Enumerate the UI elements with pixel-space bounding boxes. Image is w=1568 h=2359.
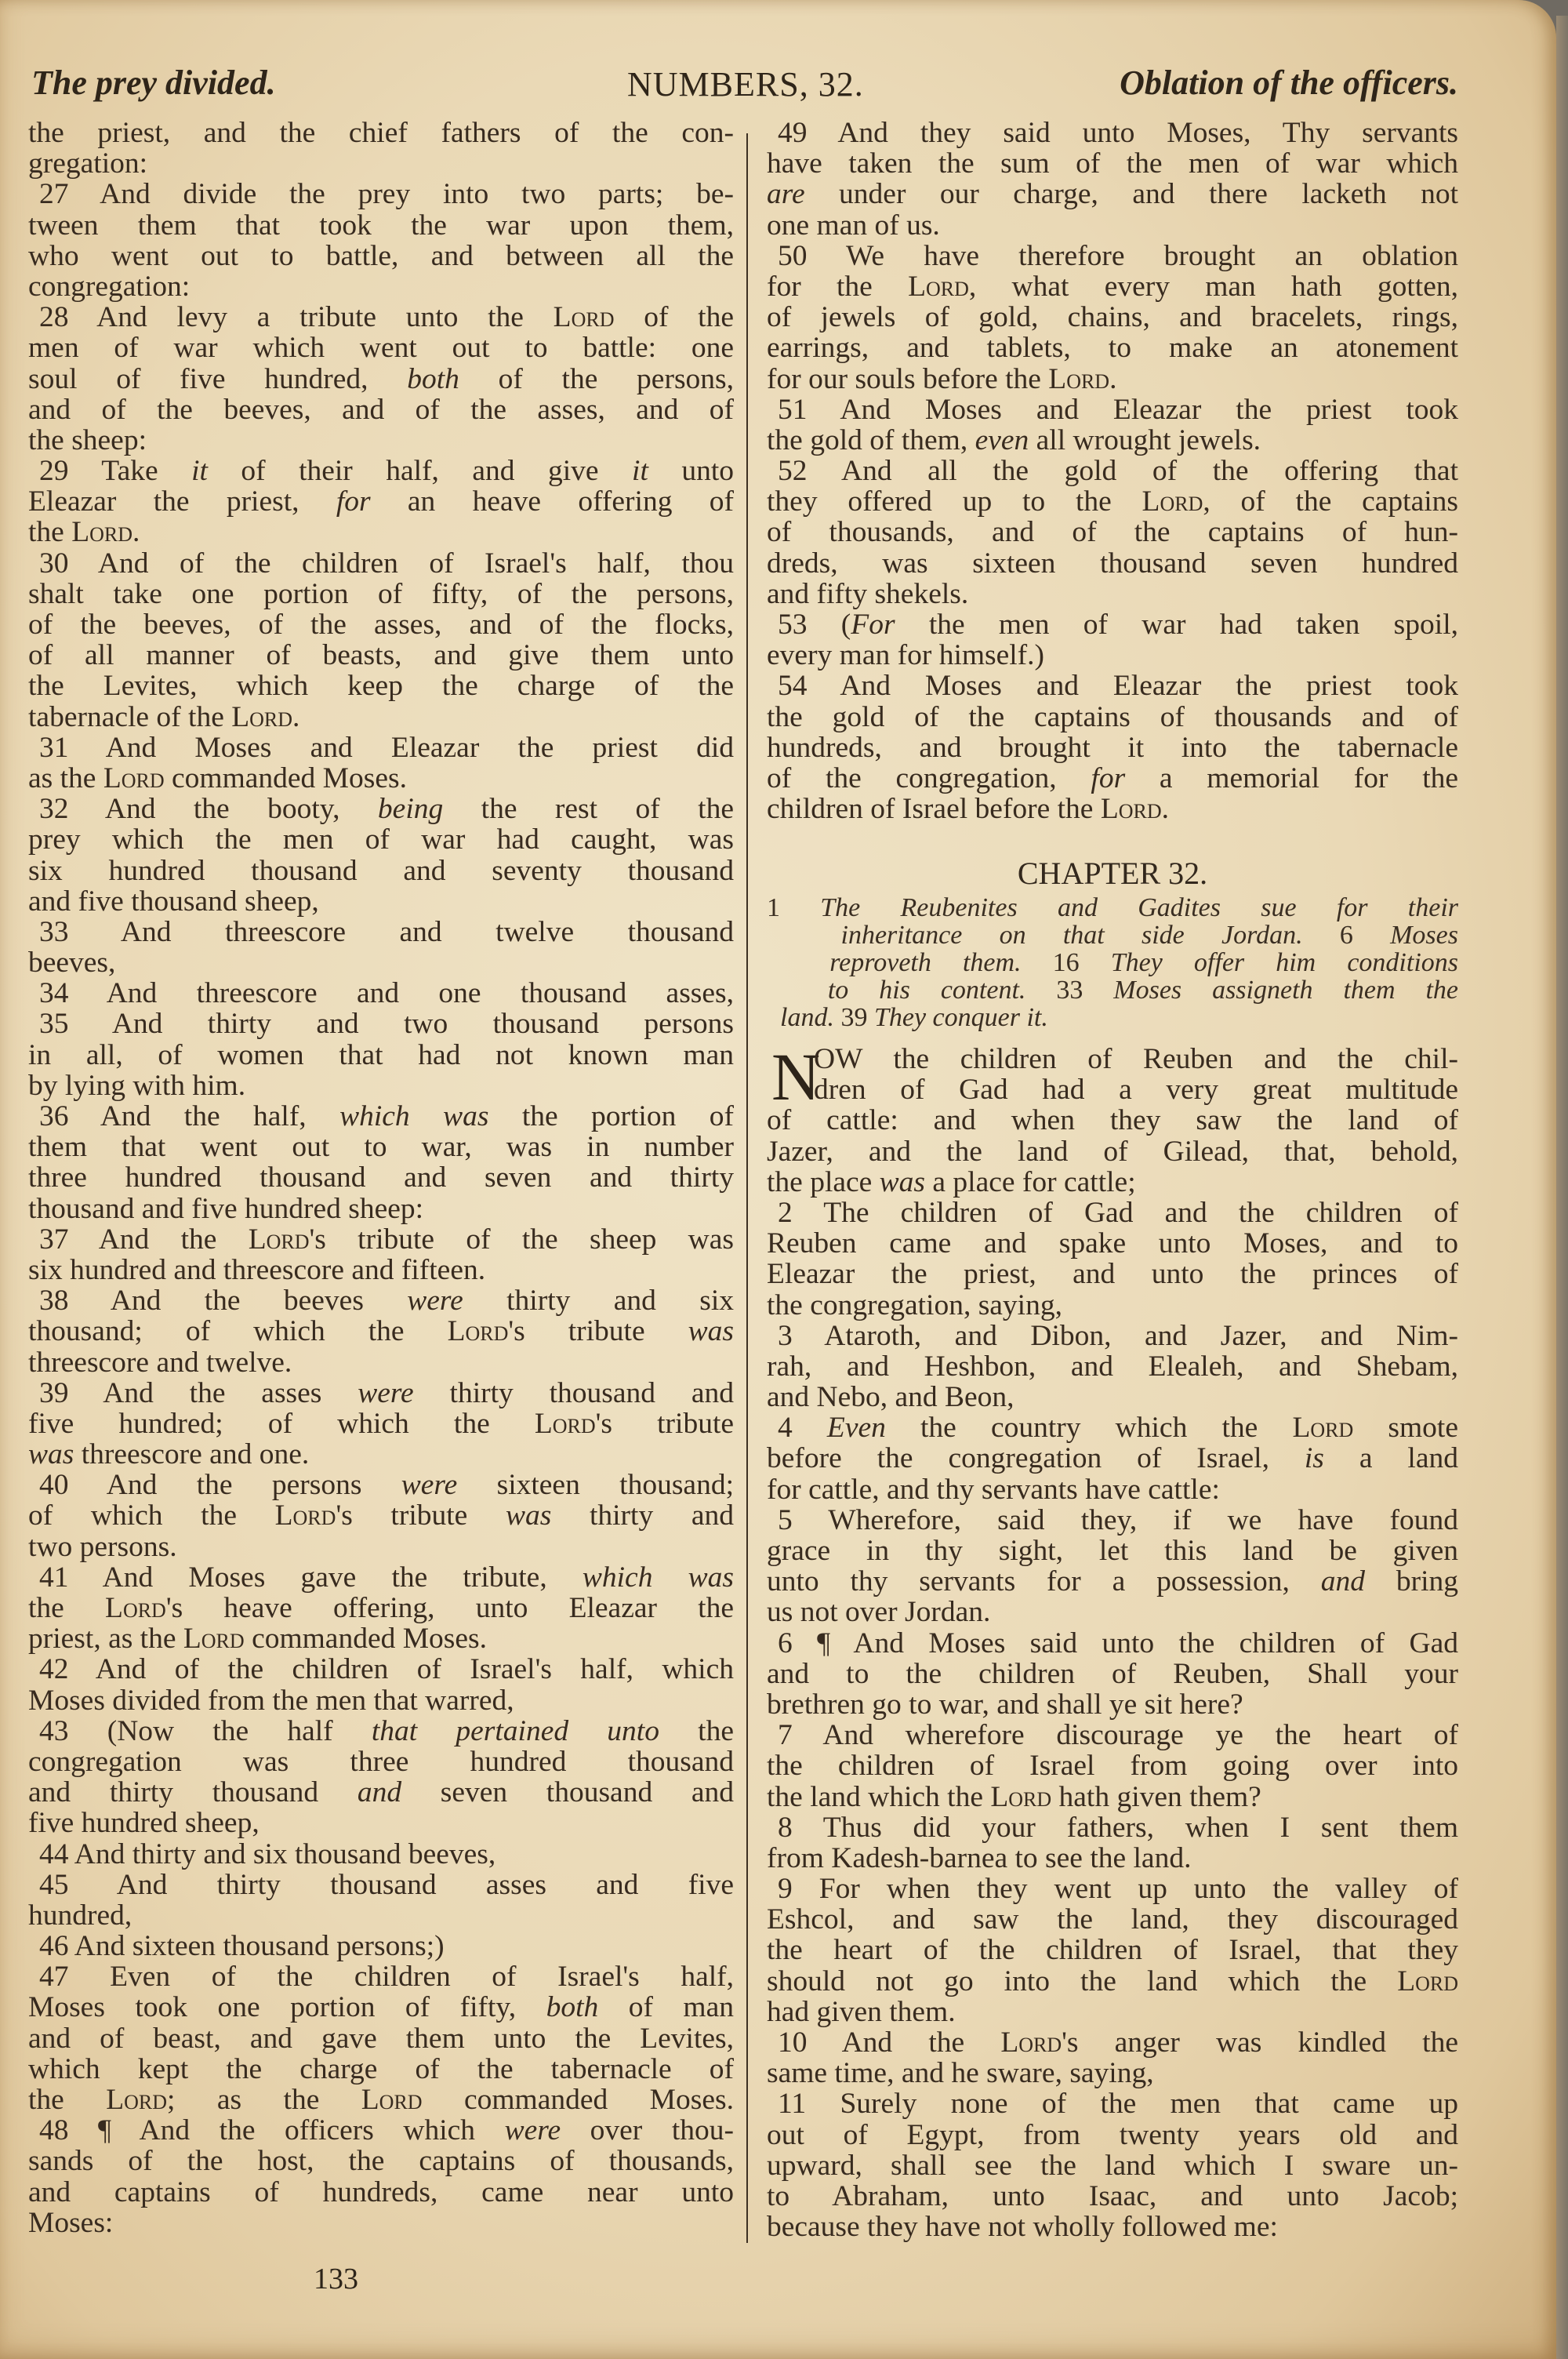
text-line: soul of five hundred, both of the person… <box>28 364 734 394</box>
text-line: and five thousand sheep, <box>28 886 734 917</box>
column-divider <box>746 133 748 2243</box>
text-line: by lying with him. <box>28 1070 734 1101</box>
text-line: Moses divided from the men that warred, <box>28 1685 734 1716</box>
text-line: for the Lord, what every man hath gotten… <box>767 271 1458 302</box>
text-line: the sheep: <box>28 425 734 456</box>
text-line: 47 Even of the children of Israel's half… <box>28 1961 734 1992</box>
text-line: men of war which went out to battle: one <box>28 333 734 363</box>
text-line: 37 And the Lord's tribute of the sheep w… <box>28 1224 734 1255</box>
text-line: and fifty shekels. <box>767 579 1458 609</box>
text-line: Reuben came and spake unto Moses, and to <box>767 1228 1458 1259</box>
text-line: 11 Surely none of the men that came up <box>767 2088 1458 2119</box>
text-line: are under our charge, and there lacketh … <box>767 179 1458 209</box>
text-line: 9 For when they went up unto the valley … <box>767 1874 1458 1904</box>
text-line: they offered up to the Lord, of the capt… <box>767 486 1458 517</box>
text-line: upward, shall see the land which I sware… <box>767 2150 1458 2181</box>
text-line: one man of us. <box>767 210 1458 241</box>
text-line: as the Lord commanded Moses. <box>28 763 734 794</box>
text-line: 44 And thirty and six thousand beeves, <box>28 1839 734 1870</box>
text-line: congregation was three hundred thousand <box>28 1747 734 1777</box>
text-line: was threescore and one. <box>28 1439 734 1470</box>
text-line: threescore and twelve. <box>28 1347 734 1378</box>
text-line: 53 (For the men of war had taken spoil, <box>767 609 1458 640</box>
text-line: 39 And the asses were thirty thousand an… <box>28 1378 734 1408</box>
text-line: 6 ¶ And Moses said unto the children of … <box>767 1628 1458 1659</box>
text-line: and Nebo, and Beon, <box>767 1382 1458 1412</box>
text-line: OW the children of Reuben and the chil- <box>767 1044 1458 1074</box>
text-line: six hundred and threescore and fifteen. <box>28 1255 734 1285</box>
text-line: Jazer, and the land of Gilead, that, beh… <box>767 1136 1458 1167</box>
text-line: and of beast, and gave them unto the Lev… <box>28 2023 734 2054</box>
text-line: 43 (Now the half that pertained unto the <box>28 1716 734 1747</box>
chapter-summary: 1 The Reubenites and Gadites sue for the… <box>767 894 1458 1031</box>
text-line: of thousands, and of the captains of hun… <box>767 517 1458 547</box>
text-line: 34 And threescore and one thousand asses… <box>28 978 734 1009</box>
text-line: the heart of the children of Israel, tha… <box>767 1935 1458 1965</box>
text-line: 32 And the booty, being the rest of the <box>28 794 734 824</box>
chapter-title: CHAPTER 32. <box>767 855 1458 892</box>
text-line: five hundred sheep, <box>28 1808 734 1838</box>
text-line: the land which the Lord hath given them? <box>767 1782 1458 1812</box>
text-line: three hundred thousand and seven and thi… <box>28 1162 734 1193</box>
text-line: of the beeves, of the asses, and of the … <box>28 609 734 640</box>
text-line: who went out to battle, and between all … <box>28 241 734 271</box>
text-line: out of Egypt, from twenty years old and <box>767 2120 1458 2150</box>
text-line: dreds, was sixteen thousand seven hundre… <box>767 548 1458 579</box>
text-line: the gold of them, even all wrought jewel… <box>767 425 1458 456</box>
text-line: dren of Gad had a very great multitude <box>767 1074 1458 1105</box>
text-line: 2 The children of Gad and the children o… <box>767 1198 1458 1228</box>
text-line: six hundred thousand and seventy thousan… <box>28 856 734 886</box>
running-header: The prey divided. NUMBERS, 32. Oblation … <box>31 55 1458 110</box>
text-line: 28 And levy a tribute unto the Lord of t… <box>28 302 734 333</box>
text-line: gregation: <box>28 148 734 179</box>
right-column-text: 49 And they said unto Moses, Thy servant… <box>767 118 1458 824</box>
text-line: had given them. <box>767 1997 1458 2027</box>
text-line: 54 And Moses and Eleazar the priest took <box>767 671 1458 701</box>
text-line: tween them that took the war upon them, <box>28 210 734 241</box>
text-line: the Lord. <box>28 517 734 547</box>
text-line: sands of the host, the captains of thous… <box>28 2146 734 2176</box>
text-line: 31 And Moses and Eleazar the priest did <box>28 732 734 763</box>
text-line: 48 ¶ And the officers which were over th… <box>28 2115 734 2146</box>
text-line: 50 We have therefore brought an oblation <box>767 241 1458 271</box>
text-line: and to the children of Reuben, Shall you… <box>767 1659 1458 1689</box>
header-right-topic: Oblation of the officers. <box>1120 63 1458 103</box>
text-line: the Levites, which keep the charge of th… <box>28 671 734 701</box>
text-line: in all, of women that had not known man <box>28 1040 734 1070</box>
text-line: tabernacle of the Lord. <box>28 702 734 732</box>
page-number: 133 <box>314 2262 358 2296</box>
text-line: prey which the men of war had caught, wa… <box>28 824 734 855</box>
book-page: The prey divided. NUMBERS, 32. Oblation … <box>0 0 1556 2359</box>
text-line: 40 And the persons were sixteen thousand… <box>28 1470 734 1500</box>
text-line: 5 Wherefore, said they, if we have found <box>767 1505 1458 1536</box>
text-line: thousand and five hundred sheep: <box>28 1194 734 1224</box>
text-line: 1 The Reubenites and Gadites sue for the… <box>767 894 1458 921</box>
text-line: brethren go to war, and shall ye sit her… <box>767 1689 1458 1720</box>
text-line: thousand; of which the Lord's tribute wa… <box>28 1316 734 1347</box>
header-left-topic: The prey divided. <box>31 63 276 103</box>
left-column-text: the priest, and the chief fathers of the… <box>28 118 734 2238</box>
text-line: hundreds, and brought it into the tabern… <box>767 732 1458 763</box>
text-line: rah, and Heshbon, and Elealeh, and Sheba… <box>767 1351 1458 1382</box>
text-line: inheritance on that side Jordan. 6 Moses <box>767 921 1458 949</box>
text-line: 46 And sixteen thousand persons;) <box>28 1931 734 1961</box>
text-line: before the congregation of Israel, is a … <box>767 1443 1458 1474</box>
text-line: two persons. <box>28 1532 734 1562</box>
text-line: 3 Ataroth, and Dibon, and Jazer, and Nim… <box>767 1321 1458 1351</box>
text-line: for cattle, and thy servants have cattle… <box>767 1474 1458 1505</box>
text-line: 42 And of the children of Israel's half,… <box>28 1654 734 1685</box>
text-line: the Lord's heave offering, unto Eleazar … <box>28 1593 734 1623</box>
text-line: unto thy servants for a possession, and … <box>767 1566 1458 1597</box>
text-line: have taken the sum of the men of war whi… <box>767 148 1458 179</box>
text-line: grace in thy sight, let this land be giv… <box>767 1536 1458 1566</box>
text-line: which kept the charge of the tabernacle … <box>28 2054 734 2085</box>
text-line: 8 Thus did your fathers, when I sent the… <box>767 1812 1458 1843</box>
text-line: should not go into the land which the Lo… <box>767 1966 1458 1997</box>
text-line: Moses took one portion of fifty, both of… <box>28 1992 734 2023</box>
text-line: the Lord; as the Lord commanded Moses. <box>28 2085 734 2115</box>
text-line: the gold of the captains of thousands an… <box>767 702 1458 732</box>
text-line: the place was a place for cattle; <box>767 1167 1458 1198</box>
text-line: five hundred; of which the Lord's tribut… <box>28 1408 734 1439</box>
text-line: of which the Lord's tribute was thirty a… <box>28 1500 734 1531</box>
text-line: and captains of hundreds, came near unto <box>28 2177 734 2208</box>
header-book-chapter: NUMBERS, 32. <box>627 64 864 104</box>
text-line: reproveth them. 16 They offer him condit… <box>767 949 1458 976</box>
text-line: 45 And thirty thousand asses and five <box>28 1870 734 1900</box>
text-line: land. 39 They conquer it. <box>767 1004 1458 1031</box>
text-line: 52 And all the gold of the offering that <box>767 456 1458 486</box>
text-line: for our souls before the Lord. <box>767 364 1458 394</box>
text-line: 27 And divide the prey into two parts; b… <box>28 179 734 209</box>
text-line: of all manner of beasts, and give them u… <box>28 640 734 671</box>
text-line: 33 And threescore and twelve thousand <box>28 917 734 947</box>
text-line: 4 Even the country which the Lord smote <box>767 1412 1458 1443</box>
text-line: us not over Jordan. <box>767 1597 1458 1627</box>
text-line: earrings, and tablets, to make an atonem… <box>767 333 1458 363</box>
text-line: Eleazar the priest, and unto the princes… <box>767 1259 1458 1289</box>
chapter-body-text: OW the children of Reuben and the chil-d… <box>767 1044 1458 2242</box>
book-edge <box>1556 16 1568 2359</box>
text-line: the children of Israel from going over i… <box>767 1750 1458 1781</box>
text-line: them that went out to war, was in number <box>28 1132 734 1162</box>
text-line: every man for himself.) <box>767 640 1458 671</box>
text-line: and of the beeves, and of the asses, and… <box>28 394 734 425</box>
text-line: the congregation, saying, <box>767 1290 1458 1321</box>
text-line: 29 Take it of their half, and give it un… <box>28 456 734 486</box>
text-line: 38 And the beeves were thirty and six <box>28 1285 734 1316</box>
text-line: hundred, <box>28 1900 734 1931</box>
text-line: same time, and he sware, saying, <box>767 2058 1458 2088</box>
text-line: 7 And wherefore discourage ye the heart … <box>767 1720 1458 1750</box>
text-line: Eleazar the priest, for an heave offerin… <box>28 486 734 517</box>
text-line: from Kadesh-barnea to see the land. <box>767 1843 1458 1874</box>
text-line: to Abraham, unto Isaac, and unto Jacob; <box>767 2181 1458 2212</box>
text-line: of jewels of gold, chains, and bracelets… <box>767 302 1458 333</box>
text-line: priest, as the Lord commanded Moses. <box>28 1623 734 1654</box>
text-line: the priest, and the chief fathers of the… <box>28 118 734 148</box>
text-line: to his content. 33 Moses assigneth them … <box>767 976 1458 1004</box>
text-line: children of Israel before the Lord. <box>767 794 1458 824</box>
text-line: 41 And Moses gave the tribute, which was <box>28 1562 734 1593</box>
text-line: 49 And they said unto Moses, Thy servant… <box>767 118 1458 148</box>
text-line: congregation: <box>28 271 734 302</box>
text-line: of the congregation, for a memorial for … <box>767 763 1458 794</box>
text-line: 30 And of the children of Israel's half,… <box>28 548 734 579</box>
text-line: because they have not wholly followed me… <box>767 2212 1458 2242</box>
text-line: Eshcol, and saw the land, they discourag… <box>767 1904 1458 1935</box>
text-line: 51 And Moses and Eleazar the priest took <box>767 394 1458 425</box>
text-line: Moses: <box>28 2208 734 2238</box>
text-line: 35 And thirty and two thousand persons <box>28 1009 734 1039</box>
text-line: of cattle: and when they saw the land of <box>767 1105 1458 1136</box>
text-line: 36 And the half, which was the portion o… <box>28 1101 734 1132</box>
text-line: and thirty thousand and seven thousand a… <box>28 1777 734 1808</box>
text-line: beeves, <box>28 947 734 978</box>
text-line: shalt take one portion of fifty, of the … <box>28 579 734 609</box>
text-line: 10 And the Lord's anger was kindled the <box>767 2027 1458 2058</box>
